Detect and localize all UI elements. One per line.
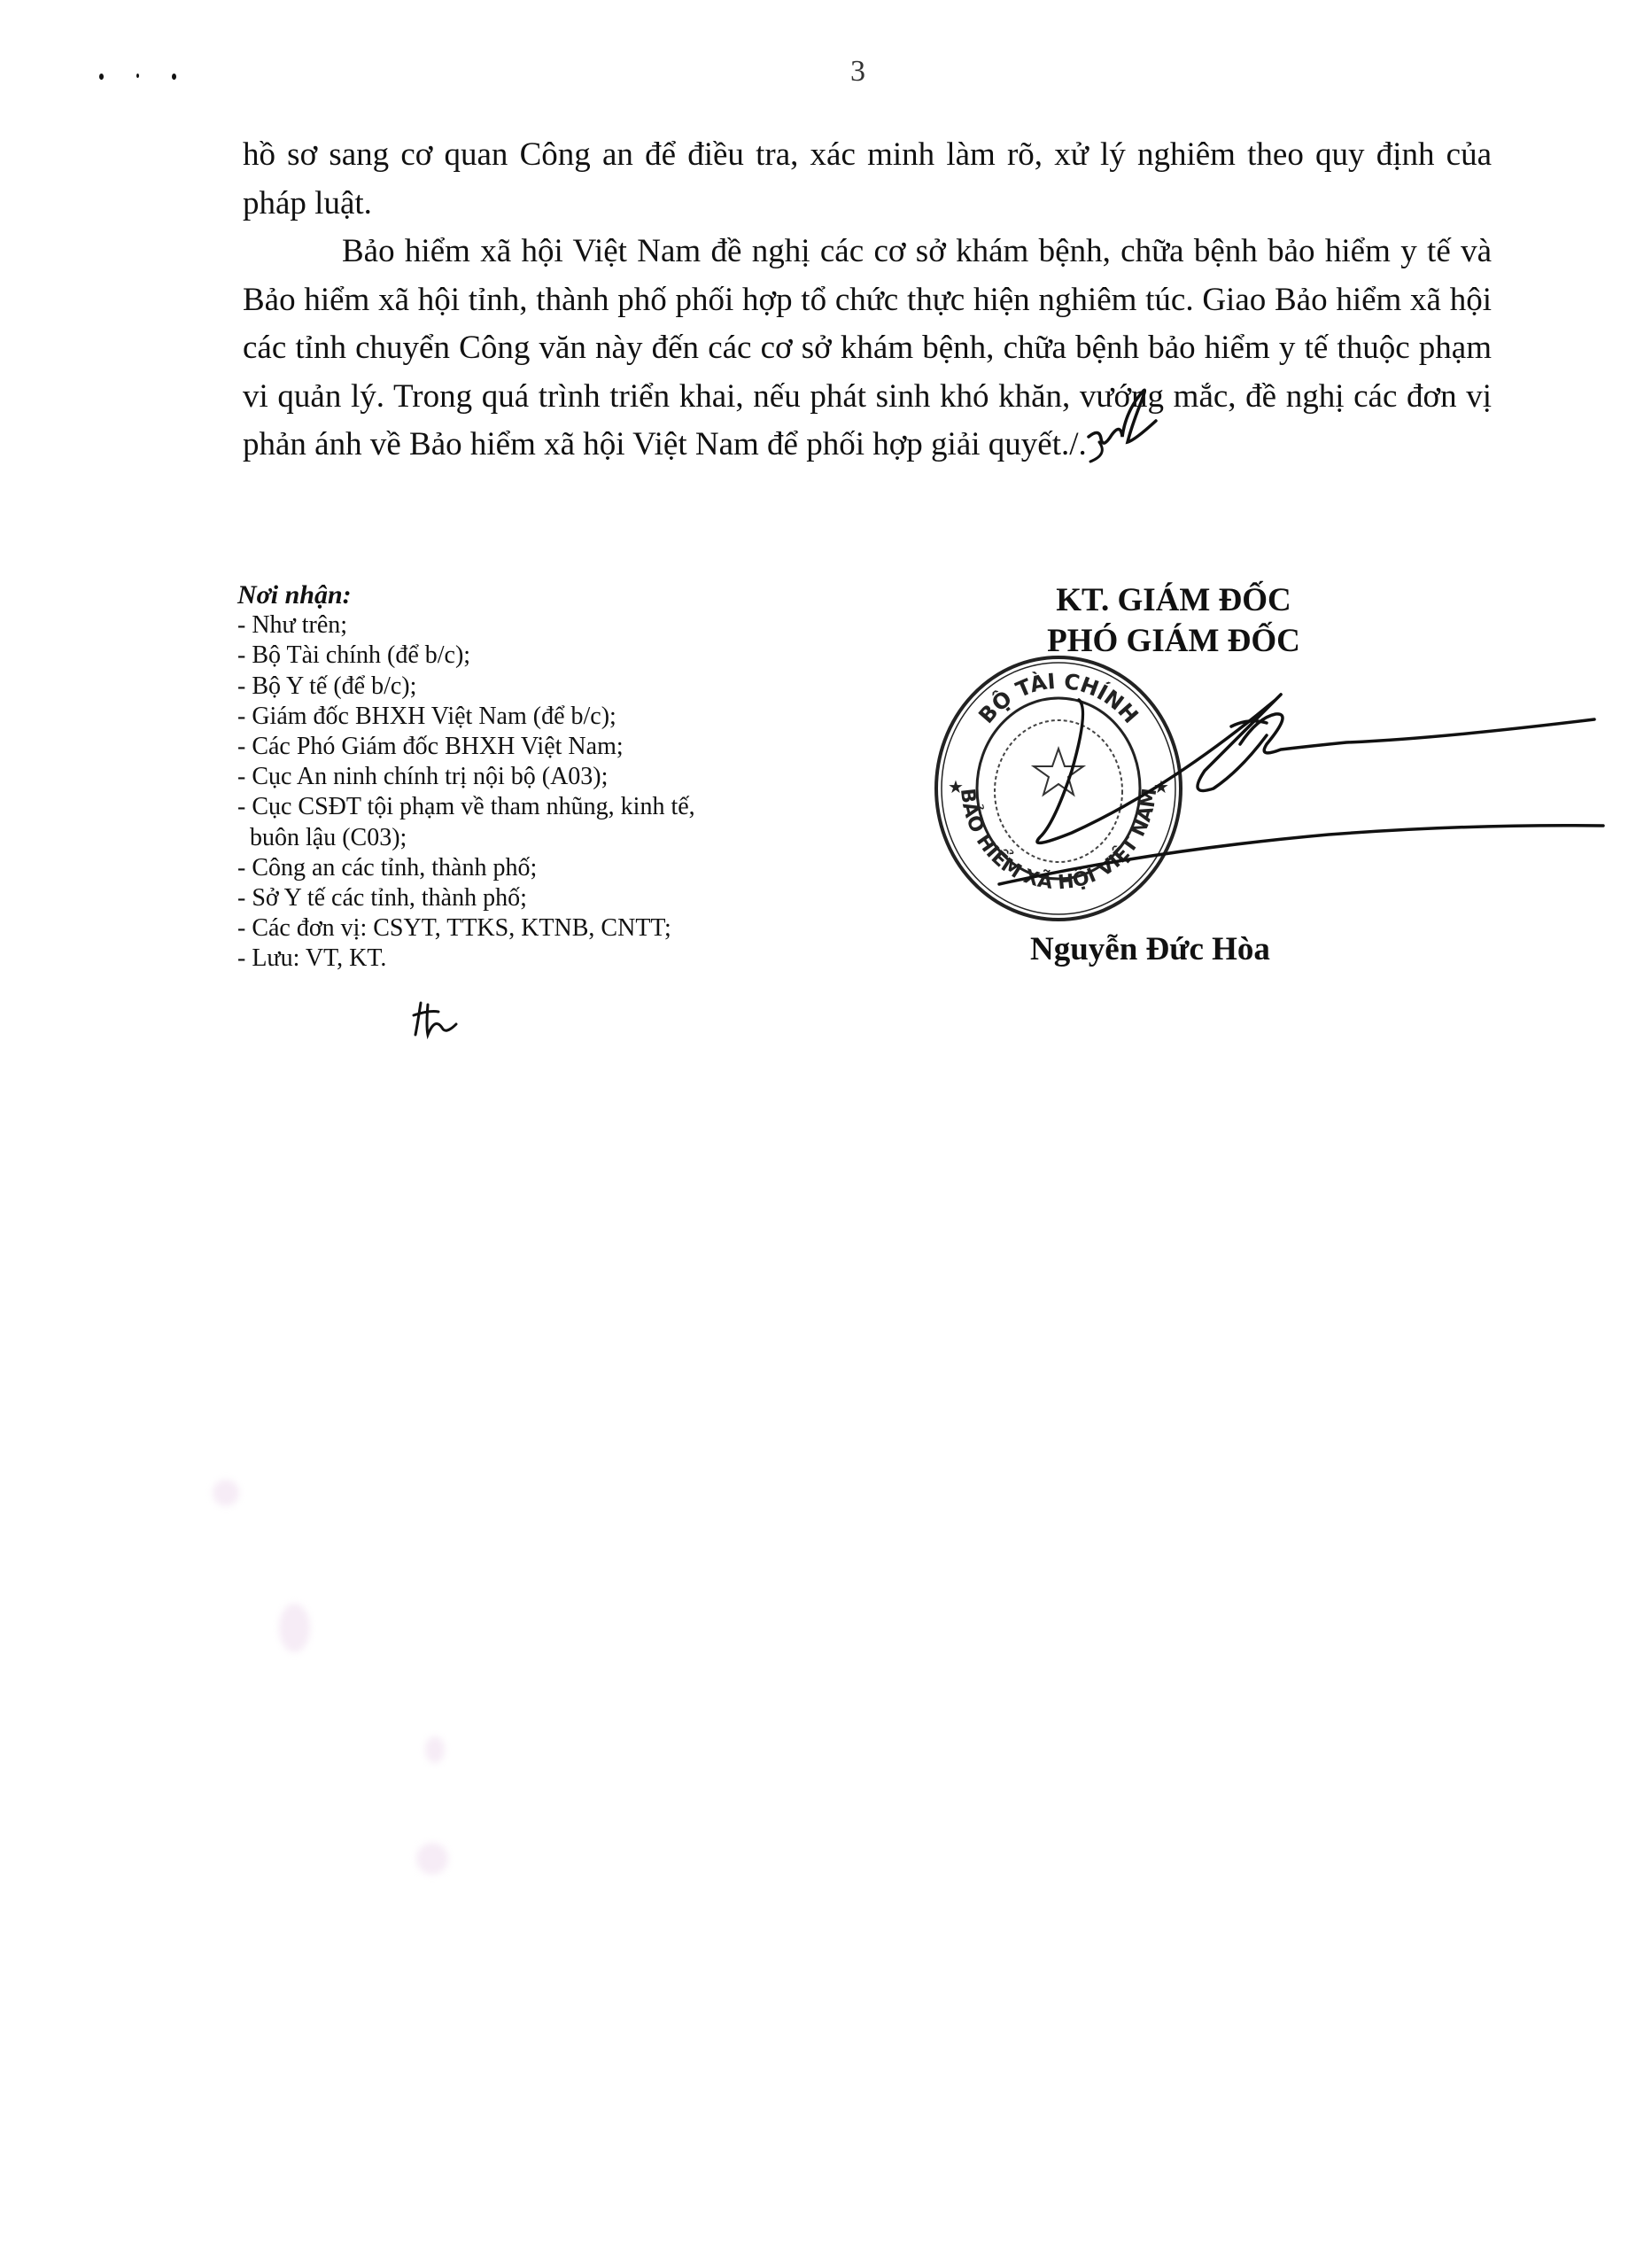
signature-block: KT. GIÁM ĐỐC PHÓ GIÁM ĐỐC: [988, 580, 1360, 662]
scan-dots: [99, 74, 188, 84]
recipient-item-continuation: buôn lậu (C03);: [237, 823, 857, 853]
recipients-list: - Như trên; - Bộ Tài chính (để b/c); - B…: [237, 610, 857, 974]
recipient-item: - Bộ Y tế (để b/c);: [237, 672, 857, 702]
recipient-item: - Lưu: VT, KT.: [237, 944, 857, 974]
recipients-block: Nơi nhận: - Như trên; - Bộ Tài chính (để…: [237, 580, 857, 975]
recipients-heading: Nơi nhận:: [237, 580, 857, 610]
document-body: hồ sơ sang cơ quan Công an để điều tra, …: [243, 131, 1492, 470]
recipient-item: - Cục An ninh chính trị nội bộ (A03);: [237, 762, 857, 792]
body-paragraph: hồ sơ sang cơ quan Công an để điều tra, …: [243, 131, 1492, 228]
svg-text:★: ★: [948, 778, 964, 797]
handwritten-signature-icon: [974, 664, 1612, 926]
body-paragraph-text: Bảo hiểm xã hội Việt Nam đề nghị các cơ …: [243, 233, 1492, 462]
recipient-item: - Cục CSĐT tội phạm về tham nhũng, kinh …: [237, 792, 857, 822]
recipient-item: - Các đơn vị: CSYT, TTKS, KTNB, CNTT;: [237, 913, 857, 944]
recipient-item: - Bộ Tài chính (để b/c);: [237, 641, 857, 671]
on-behalf-title: KT. GIÁM ĐỐC: [988, 580, 1360, 621]
scan-smudge: [425, 1736, 445, 1763]
recipient-item: - Sở Y tế các tỉnh, thành phố;: [237, 883, 857, 913]
page-number: 3: [850, 55, 865, 89]
recipient-item: - Các Phó Giám đốc BHXH Việt Nam;: [237, 732, 857, 762]
scan-smudge: [213, 1480, 239, 1506]
recipient-item: - Giám đốc BHXH Việt Nam (để b/c);: [237, 702, 857, 732]
recipient-item: - Công an các tỉnh, thành phố;: [237, 853, 857, 883]
recipient-item: - Như trên;: [237, 610, 857, 641]
body-paragraph: Bảo hiểm xã hội Việt Nam đề nghị các cơ …: [243, 228, 1492, 470]
scan-smudge: [279, 1604, 310, 1652]
scan-smudge: [416, 1843, 448, 1875]
initial-mark-icon: [1087, 428, 1158, 454]
signer-name: Nguyễn Đức Hòa: [1030, 930, 1270, 968]
file-initial-icon: [412, 999, 465, 1044]
